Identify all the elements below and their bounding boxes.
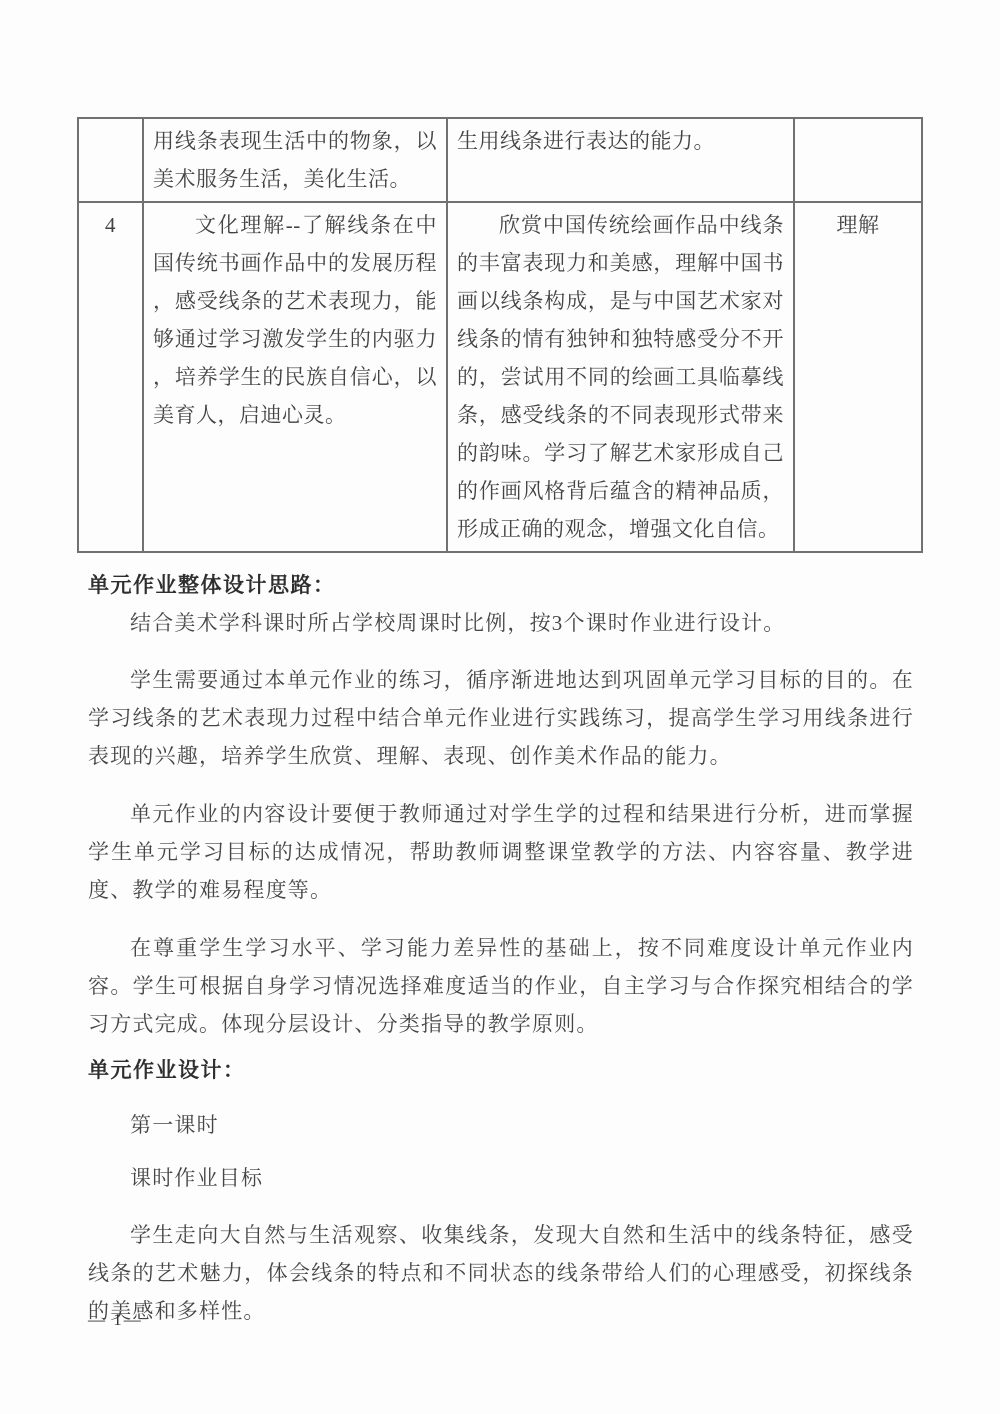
- goal-text: 文化理解--了解线条在中国传统书画作品中的发展历程，感受线条的艺术表现力，能够通…: [153, 206, 437, 434]
- overall-design-paragraph-2: 单元作业的内容设计要便于教师通过对学生学的过程和结果进行分析，进而掌握学生单元学…: [88, 795, 914, 909]
- overall-design-paragraph-3: 在尊重学生学习水平、学习能力差异性的基础上，按不同难度设计单元作业内容。学生可根…: [88, 929, 914, 1043]
- goal-continuation-text: 用线条表现生活中的物象，以美术服务生活，美化生活。: [153, 122, 437, 198]
- overall-design-paragraph-1: 学生需要通过本单元作业的练习，循序渐进地达到巩固单元学习目标的目的。在学习线条的…: [88, 661, 914, 775]
- cell-activity-continuation: 生用线条进行表达的能力。: [447, 118, 794, 202]
- activity-continuation-text: 生用线条进行表达的能力。: [457, 122, 784, 160]
- cell-level-empty: [794, 118, 922, 202]
- document-page: 用线条表现生活中的物象，以美术服务生活，美化生活。 生用线条进行表达的能力。 4…: [0, 0, 1000, 1414]
- table-row-continuation: 用线条表现生活中的物象，以美术服务生活，美化生活。 生用线条进行表达的能力。: [78, 118, 922, 202]
- page-number: — 1—: [88, 1310, 143, 1330]
- document-body: 单元作业整体设计思路： 结合美术学科课时所占学校周课时比例，按3个课时作业进行设…: [88, 566, 914, 1330]
- cell-number-empty: [78, 118, 143, 202]
- unit-design-heading: 单元作业设计：: [88, 1051, 914, 1089]
- unit-goals-table: 用线条表现生活中的物象，以美术服务生活，美化生活。 生用线条进行表达的能力。 4…: [77, 117, 923, 553]
- activity-text: 欣赏中国传统绘画作品中线条的丰富表现力和美感，理解中国书画以线条构成，是与中国艺…: [457, 206, 784, 548]
- lesson-goal-heading: 课时作业目标: [88, 1159, 914, 1197]
- cell-goal: 文化理解--了解线条在中国传统书画作品中的发展历程，感受线条的艺术表现力，能够通…: [143, 202, 447, 552]
- cell-goal-continuation: 用线条表现生活中的物象，以美术服务生活，美化生活。: [143, 118, 447, 202]
- overall-design-heading: 单元作业整体设计思路：: [88, 566, 914, 604]
- cell-number: 4: [78, 202, 143, 552]
- cell-level: 理解: [794, 202, 922, 552]
- lesson-goal-text: 学生走向大自然与生活观察、收集线条，发现大自然和生活中的线条特征，感受线条的艺术…: [88, 1216, 914, 1330]
- lesson-title: 第一课时: [88, 1106, 914, 1144]
- table-row-4: 4 文化理解--了解线条在中国传统书画作品中的发展历程，感受线条的艺术表现力，能…: [78, 202, 922, 552]
- overall-design-intro: 结合美术学科课时所占学校周课时比例，按3个课时作业进行设计。: [88, 604, 914, 642]
- cell-activity: 欣赏中国传统绘画作品中线条的丰富表现力和美感，理解中国书画以线条构成，是与中国艺…: [447, 202, 794, 552]
